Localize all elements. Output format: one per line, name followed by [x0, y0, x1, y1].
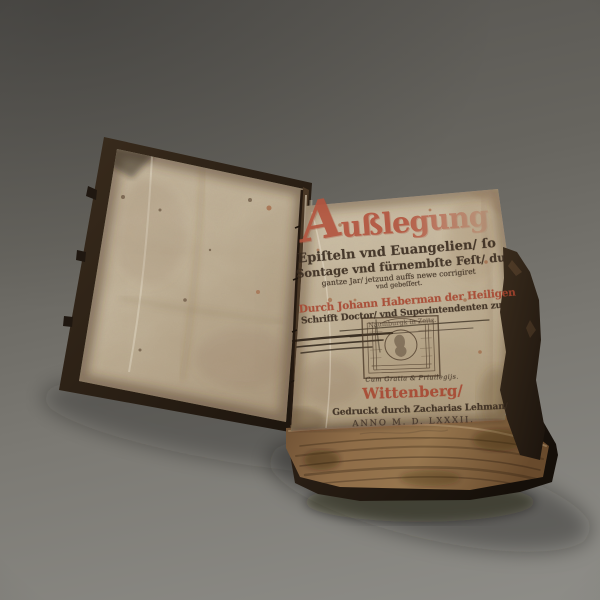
- title-page-text-lower: Cum Gratia & Priuilegijs. Wittenberg/ Ge…: [331, 371, 495, 430]
- imprint-place: Wittenberg/: [331, 381, 493, 403]
- photo-stage: Außlegung Epiſteln vnd Euangelien/ ſo So…: [0, 0, 600, 600]
- title-page-text-upper: Außlegung Epiſteln vnd Euangelien/ ſo So…: [290, 181, 504, 335]
- left-board: [59, 137, 312, 433]
- decorated-initial: A: [296, 191, 345, 249]
